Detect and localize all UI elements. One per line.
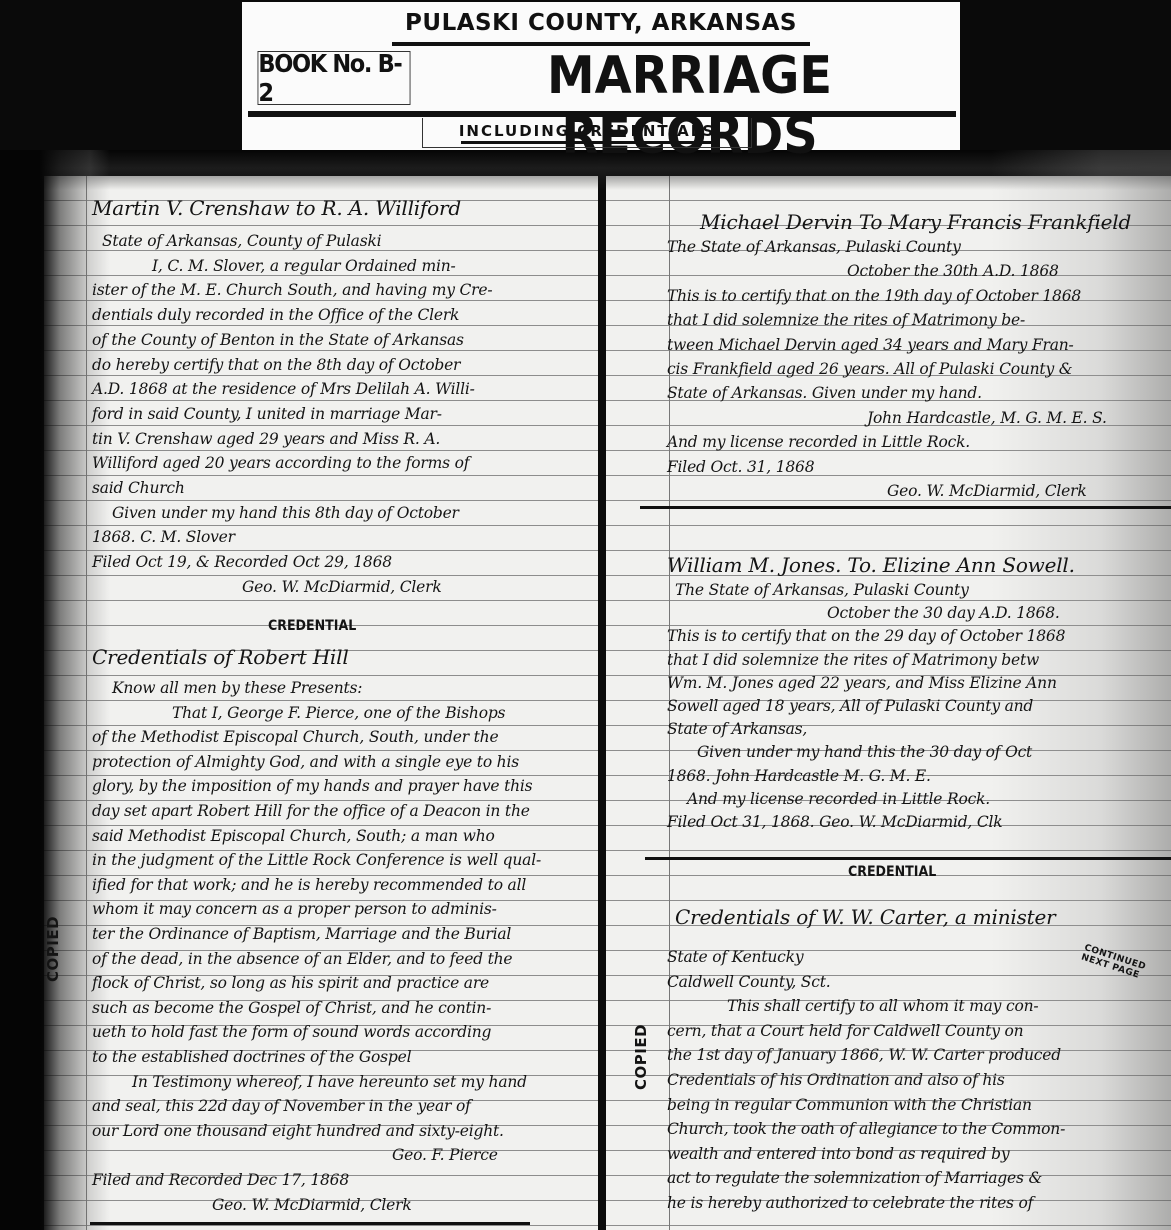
record-heading: William M. Jones. To. Elizine Ann Sowell… <box>667 553 1075 578</box>
record-line: The State of Arkansas, Pulaski County <box>667 235 961 260</box>
record-line: whom it may concern as a proper person t… <box>92 897 497 922</box>
credential-stamp: CREDENTIAL <box>848 864 936 880</box>
record-line: tin V. Crenshaw aged 29 years and Miss R… <box>92 427 440 452</box>
record-line: I, C. M. Slover, a regular Ordained min- <box>152 254 456 279</box>
record-line: glory, by the imposition of my hands and… <box>92 774 532 799</box>
subtitle: INCLUDING CREDENTIALS <box>423 122 751 140</box>
record-line: Sowell aged 18 years, All of Pulaski Cou… <box>667 694 1033 719</box>
record-line: ford in said County, I united in marriag… <box>92 402 442 427</box>
record-line: Caldwell County, Sct. <box>667 970 830 995</box>
subtitle-box: INCLUDING CREDENTIALS <box>422 118 752 148</box>
record-line: 1868. John Hardcastle M. G. M. E. <box>667 764 931 789</box>
record-line: in the judgment of the Little Rock Confe… <box>92 848 541 873</box>
record-line: Geo. W. McDiarmid, Clerk <box>887 479 1087 504</box>
copied-stamp: COPIED <box>632 1024 650 1090</box>
record-line: This is to certify that on the 19th day … <box>667 284 1081 309</box>
record-line: ister of the M. E. Church South, and hav… <box>92 278 492 303</box>
divider <box>461 141 713 144</box>
record-line: Wm. M. Jones aged 22 years, and Miss Eli… <box>667 671 1057 696</box>
record-line: act to regulate the solemnization of Mar… <box>667 1166 1042 1191</box>
record-line: 1868. C. M. Slover <box>92 525 235 550</box>
record-line: he is hereby authorized to celebrate the… <box>667 1191 1033 1216</box>
record-line: wealth and entered into bond as required… <box>667 1142 1009 1167</box>
record-line: Given under my hand this 8th day of Octo… <box>112 501 459 526</box>
record-line: Filed and Recorded Dec 17, 1868 <box>92 1168 349 1193</box>
record-line: that I did solemnize the rites of Matrim… <box>667 308 1025 333</box>
record-line: Credentials of his Ordination and also o… <box>667 1068 1005 1093</box>
record-line: State of Arkansas. Given under my hand. <box>667 381 982 406</box>
record-heading: Michael Dervin To Mary Francis Frankfiel… <box>700 210 1131 235</box>
record-divider <box>645 857 1171 860</box>
record-line: Geo. W. McDiarmid, Clerk <box>212 1193 412 1218</box>
record-line: A.D. 1868 at the residence of Mrs Delila… <box>92 377 475 402</box>
record-line: do hereby certify that on the 8th day of… <box>92 353 460 378</box>
record-line: Given under my hand this the 30 day of O… <box>697 740 1032 765</box>
record-line: The State of Arkansas, Pulaski County <box>675 578 969 603</box>
record-line: Filed Oct 31, 1868. Geo. W. McDiarmid, C… <box>667 810 1002 835</box>
record-line: In Testimony whereof, I have hereunto se… <box>132 1070 527 1095</box>
record-line: October the 30th A.D. 1868 <box>847 259 1059 284</box>
county-heading: PULASKI COUNTY, ARKANSAS <box>242 10 960 36</box>
record-divider <box>90 1222 530 1225</box>
record-heading: Credentials of W. W. Carter, a minister <box>675 905 1056 930</box>
record-line: John Hardcastle, M. G. M. E. S. <box>867 406 1107 431</box>
record-heading: Credentials of Robert Hill <box>92 645 349 670</box>
record-line: That I, George F. Pierce, one of the Bis… <box>172 701 505 726</box>
record-line: cis Frankfield aged 26 years. All of Pul… <box>667 357 1072 382</box>
book-number-label: BOOK No. B-2 <box>258 51 411 105</box>
record-line: Geo. W. McDiarmid, Clerk <box>242 575 442 600</box>
record-line: October the 30 day A.D. 1868. <box>827 601 1060 626</box>
record-line: State of Arkansas, <box>667 717 807 742</box>
record-line: that I did solemnize the rites of Matrim… <box>667 648 1039 673</box>
record-line: said Methodist Episcopal Church, South; … <box>92 824 495 849</box>
record-line: This is to certify that on the 29 day of… <box>667 624 1065 649</box>
page-title: MARRIAGE RECORDS <box>446 46 933 166</box>
record-line: cern, that a Court held for Caldwell Cou… <box>667 1019 1023 1044</box>
record-line: ified for that work; and he is hereby re… <box>92 873 526 898</box>
record-line: Church, took the oath of allegiance to t… <box>667 1117 1065 1142</box>
record-line: day set apart Robert Hill for the office… <box>92 799 530 824</box>
record-line: Filed Oct. 31, 1868 <box>667 455 814 480</box>
record-line: ter the Ordinance of Baptism, Marriage a… <box>92 922 511 947</box>
record-line: of the County of Benton in the State of … <box>92 328 464 353</box>
record-line: protection of Almighty God, and with a s… <box>92 750 519 775</box>
record-line: This shall certify to all whom it may co… <box>727 994 1038 1019</box>
record-line: State of Kentucky <box>667 945 803 970</box>
record-line: State of Arkansas, County of Pulaski <box>102 229 381 254</box>
title-banner: PULASKI COUNTY, ARKANSAS BOOK No. B-2 MA… <box>242 2 960 150</box>
record-line: being in regular Communion with the Chri… <box>667 1093 1032 1118</box>
record-line: Filed Oct 19, & Recorded Oct 29, 1868 <box>92 550 392 575</box>
record-heading: Martin V. Crenshaw to R. A. Williford <box>92 196 461 221</box>
record-divider <box>640 506 1171 509</box>
record-line: such as become the Gospel of Christ, and… <box>92 996 491 1021</box>
record-line: Williford aged 20 years according to the… <box>92 451 469 476</box>
record-line: And my license recorded in Little Rock. <box>687 787 990 812</box>
record-line: our Lord one thousand eight hundred and … <box>92 1119 504 1144</box>
record-line: tween Michael Dervin aged 34 years and M… <box>667 333 1074 358</box>
record-line: Geo. F. Pierce <box>392 1143 498 1168</box>
record-line: ueth to hold fast the form of sound word… <box>92 1020 491 1045</box>
record-line: of the dead, in the absence of an Elder,… <box>92 947 512 972</box>
divider <box>248 111 956 117</box>
record-line: And my license recorded in Little Rock. <box>667 430 970 455</box>
record-line: Know all men by these Presents: <box>112 676 362 701</box>
copied-stamp: COPIED <box>44 916 62 982</box>
credential-stamp: CREDENTIAL <box>268 618 356 634</box>
book-gutter <box>598 150 606 1230</box>
record-line: to the established doctrines of the Gosp… <box>92 1045 411 1070</box>
record-line: said Church <box>92 476 185 501</box>
record-line: flock of Christ, so long as his spirit a… <box>92 971 489 996</box>
record-line: dentials duly recorded in the Office of … <box>92 303 459 328</box>
record-line: the 1st day of January 1866, W. W. Carte… <box>667 1043 1061 1068</box>
record-line: of the Methodist Episcopal Church, South… <box>92 725 498 750</box>
record-line: and seal, this 22d day of November in th… <box>92 1094 471 1119</box>
